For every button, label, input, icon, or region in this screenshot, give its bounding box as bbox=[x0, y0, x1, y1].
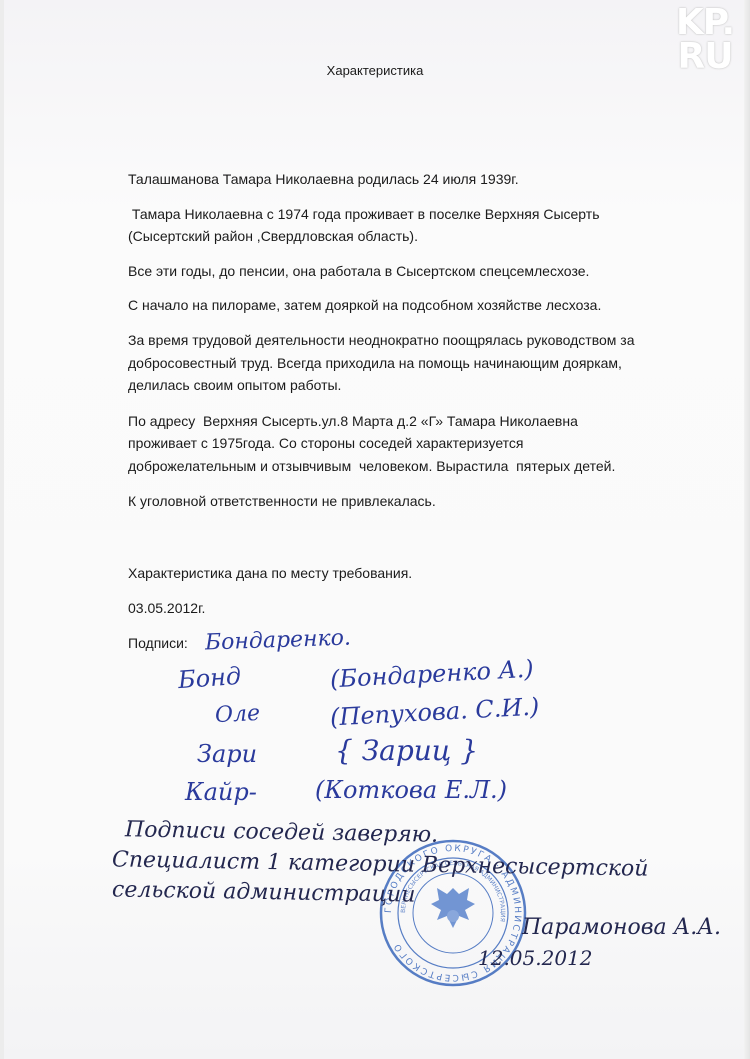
handwritten-name-bondarenko: Бондаренко. bbox=[205, 625, 352, 655]
watermark-line-1: KP. bbox=[666, 6, 744, 40]
paragraph-address-line-1: По адресу Верхняя Сысерть.ул.8 Марта д.2… bbox=[128, 410, 578, 433]
paragraph-merits-line-1: За время трудовой деятельности неоднокра… bbox=[128, 329, 635, 352]
page-right-edge bbox=[744, 0, 750, 1059]
document-date: 03.05.2012г. bbox=[128, 597, 205, 620]
signature-name-1: (Бондаренко А.) bbox=[329, 655, 534, 694]
paragraph-birth: Талашманова Тамара Николаевна родилась 2… bbox=[128, 168, 519, 191]
signature-name-3: { Зариц } bbox=[335, 734, 478, 767]
page-left-edge bbox=[0, 0, 4, 1059]
paragraph-criminal-record: К уголовной ответственности не привлекал… bbox=[128, 490, 436, 513]
closing-statement: Характеристика дана по месту требования. bbox=[128, 562, 412, 585]
certification-date: 12.05.2012 bbox=[478, 946, 593, 970]
certifier-signature: Парамонова А.А. bbox=[522, 915, 721, 940]
paragraph-merits-line-2: добросовестный труд. Всегда приходила на… bbox=[128, 352, 622, 375]
signature-mark-4: Кайр- bbox=[185, 778, 257, 806]
paragraph-address-line-2: проживает с 1975года. Со стороны соседей… bbox=[128, 432, 523, 455]
certification-line-2: Специалист 1 категории Верхнесысертской bbox=[112, 847, 649, 881]
certification-line-1: Подписи соседей заверяю. bbox=[125, 817, 439, 847]
signature-name-4: (Коткова Е.Л.) bbox=[315, 776, 507, 804]
paragraph-jobs: С начало на пилораме, затем дояркой на п… bbox=[128, 294, 601, 317]
signatures-label: Подписи: bbox=[128, 632, 188, 655]
double-headed-eagle-icon bbox=[431, 888, 475, 928]
paragraph-address-line-3: доброжелательным и отзывчивым человеком.… bbox=[128, 455, 615, 478]
paragraph-residence-line-1: Тамара Николаевна с 1974 года проживает … bbox=[128, 203, 600, 226]
certification-line-3: сельской администрации bbox=[112, 877, 416, 907]
signature-mark-2: Оле bbox=[214, 701, 260, 728]
signature-name-2: (Пепухова. С.И.) bbox=[329, 693, 539, 732]
signature-mark-1: Бонд bbox=[177, 662, 242, 694]
document-page: KP. RU Характеристика Талашманова Тамара… bbox=[0, 0, 750, 1059]
paragraph-merits-line-3: делилась своим опытом работы. bbox=[128, 374, 341, 397]
signature-mark-3: Зари bbox=[197, 740, 257, 768]
paragraph-work: Все эти годы, до пенсии, она работала в … bbox=[128, 260, 589, 283]
paragraph-residence-line-2: (Сысертский район ,Свердловская область)… bbox=[128, 225, 418, 248]
document-title: Характеристика bbox=[0, 63, 750, 78]
